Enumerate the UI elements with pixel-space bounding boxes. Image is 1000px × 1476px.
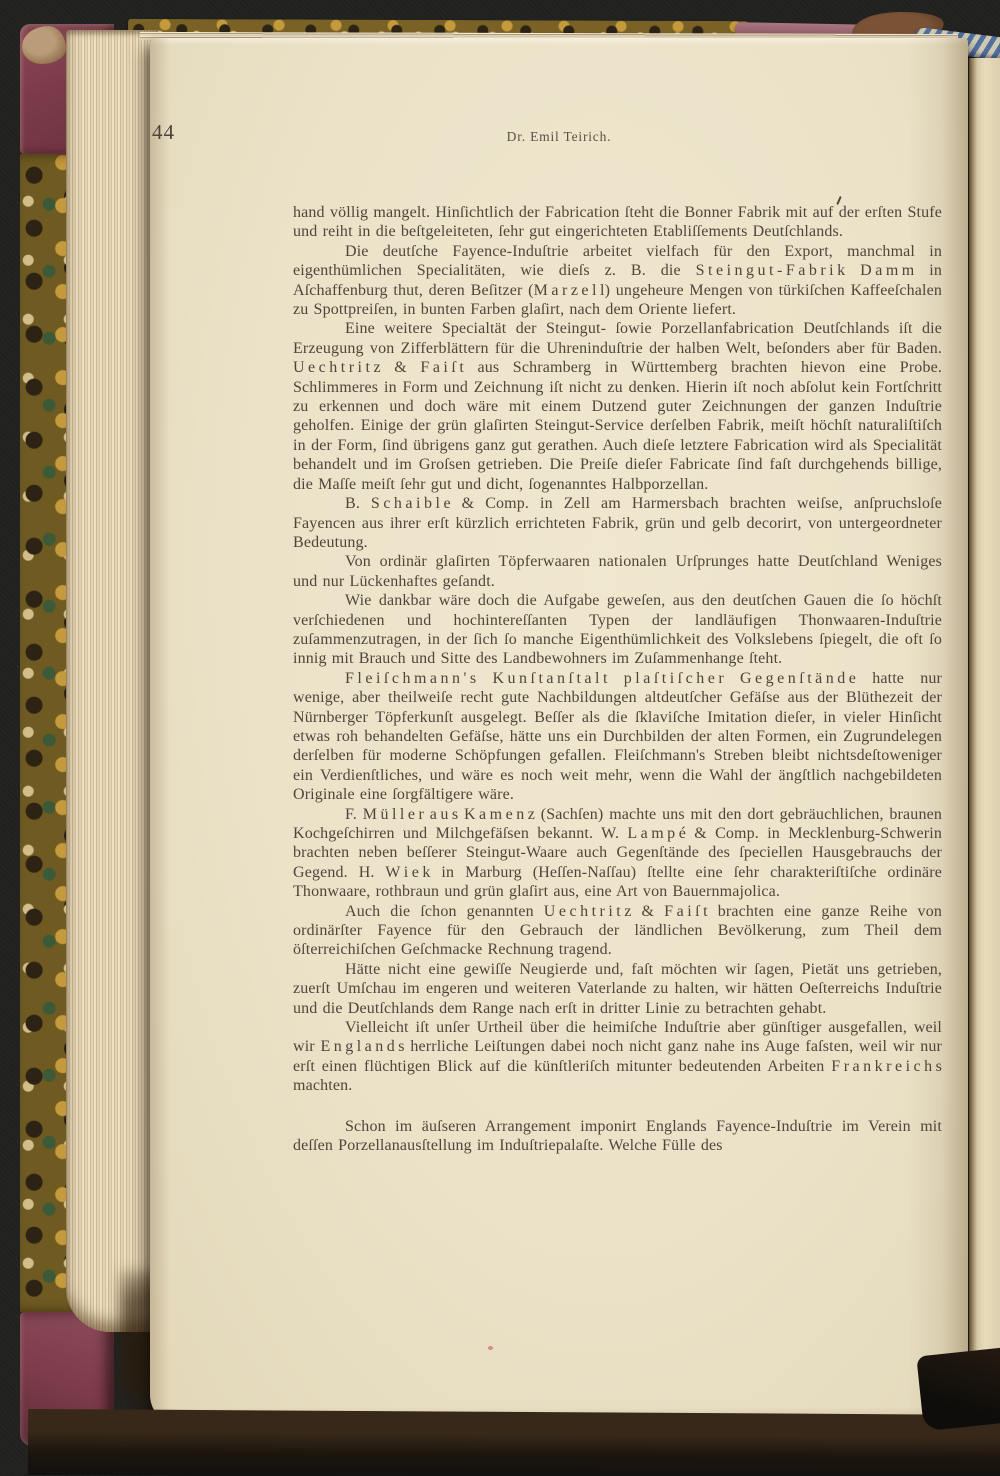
cover-bottom-edge (28, 1409, 1000, 1476)
paragraph: F l e i ſ c h m a n n ' s K u n ſ t a n … (293, 669, 942, 805)
paragraph: B. S c h a i b l e & Comp. in Zell am Ha… (293, 494, 942, 552)
paper-speck (488, 1346, 493, 1350)
paragraph: Eine weitere Specialtät der Steingut- ſo… (293, 319, 942, 494)
paragraph: Auch die ſchon genannten U e c h t r i t… (293, 902, 942, 960)
paragraph: Wie dankbar wäre doch die Aufgabe geweſe… (293, 591, 942, 669)
paragraph: Schon im äuſseren Arrangement imponirt E… (293, 1117, 942, 1156)
scanned-book-photo: 44 Dr. Emil Teirich. hand völlig mangelt… (0, 0, 1000, 1476)
bottom-shadow-right (916, 1348, 1000, 1431)
page-block-fore-edge (66, 30, 158, 1332)
paragraph: Die deutſche Fayence-Induſtrie arbeitet … (293, 242, 942, 320)
paragraph: Von ordinär glaſirten Töpferwaaren natio… (293, 552, 942, 591)
body-text: hand völlig mangelt. Hinſichtlich der Fa… (293, 203, 942, 1156)
paragraph: Hätte nicht eine gewiſſe Neugierde und, … (293, 960, 942, 1018)
paragraph: hand völlig mangelt. Hinſichtlich der Fa… (293, 203, 942, 242)
paragraph: F. M ü l l e r a u s K a m e n z (Sachſe… (293, 805, 942, 902)
facing-page-sliver (969, 58, 1000, 1385)
worn-leather-patch (22, 26, 66, 64)
running-header: Dr. Emil Teirich. (150, 129, 968, 145)
paragraph: Vielleicht iſt unſer Urtheil über die he… (293, 1018, 942, 1096)
